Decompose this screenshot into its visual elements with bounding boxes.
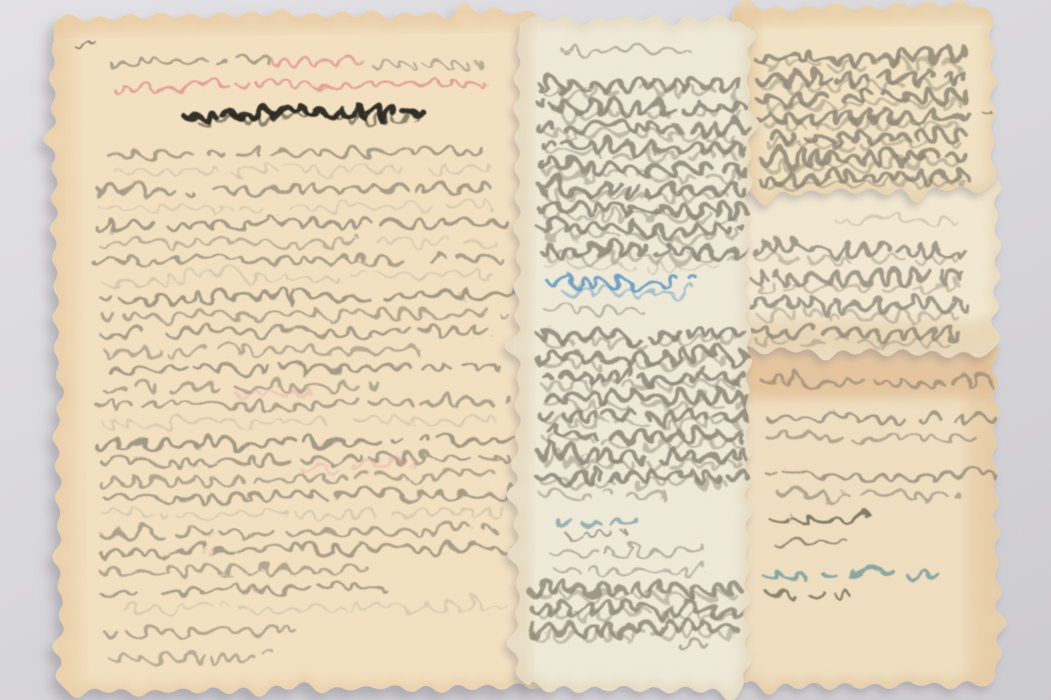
sheet-right-bottom-letter (729, 329, 1008, 695)
sheets-layer (42, 0, 1008, 700)
sheet-right-top-note (725, 0, 999, 206)
sheet-left-letter (42, 2, 560, 699)
documents-photo-canvas (0, 0, 1051, 700)
photograph-of-documents (0, 0, 1051, 700)
sheet-middle-letter (503, 14, 759, 700)
